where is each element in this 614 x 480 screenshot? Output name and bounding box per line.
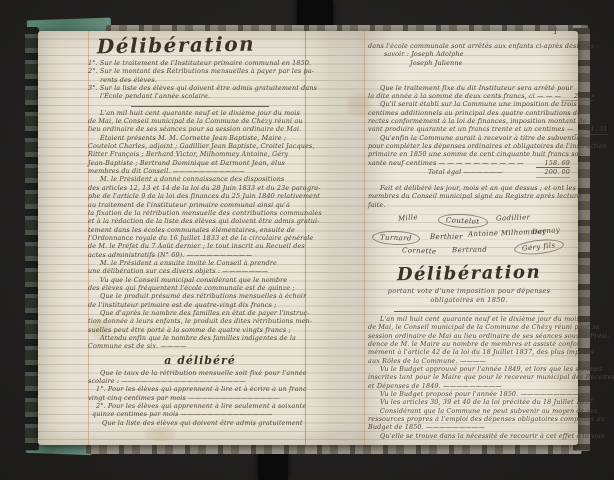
manuscript-line: Vu le Budget approuvé pour l'année 1849,… bbox=[368, 365, 570, 373]
manuscript-text: Commune est de six. ———— bbox=[88, 342, 312, 350]
foxing-stain bbox=[138, 427, 182, 441]
manuscript-line: actes administratifs (N° 69). —————————— bbox=[88, 251, 312, 259]
manuscript-line: M. le Président a ensuite invité le Cons… bbox=[88, 259, 312, 267]
manuscript-text: actes administratifs (N° 69). —————————— bbox=[88, 251, 312, 259]
manuscript-line: des élèves qui fréquentent l'école commu… bbox=[88, 284, 312, 292]
manuscript-line: Vu les articles 30, 39 et 40 de la loi p… bbox=[368, 398, 570, 406]
line-gap bbox=[368, 67, 570, 84]
manuscript-text: l'Ordonnance royale du 16 Juillet 1833 e… bbox=[88, 234, 313, 242]
manuscript-line: Qu'elle se trouve dans la nécessité de r… bbox=[368, 432, 570, 440]
bookmark-ribbon-bottom bbox=[258, 452, 288, 480]
manuscript-line: Considérant que la Commune ne peut subve… bbox=[368, 407, 570, 415]
deliberation-title-2: Délibération bbox=[368, 259, 570, 289]
manuscript-line: une délibération sur ces divers objets :… bbox=[88, 267, 312, 275]
deliberation-subtitle-line: obligatoires en 1850. bbox=[368, 296, 570, 305]
manuscript-line: Joseph Julienne bbox=[368, 59, 570, 67]
manuscript-line: Que le taux de la rétribution mensuelle … bbox=[88, 369, 312, 377]
manuscript-text: Attendu enfin que le nombre des familles… bbox=[88, 334, 312, 342]
manuscript-line: inscrites tant pour le Maire que pour le… bbox=[368, 373, 570, 381]
separator-rule bbox=[394, 309, 544, 312]
manuscript-text: tement dans les écoles communales élémen… bbox=[88, 226, 312, 234]
manuscript-line: mément à l'article 42 de la loi du 18 Ju… bbox=[368, 348, 570, 356]
manuscript-text: de M. le Préfet du 7 Août dernier ; le t… bbox=[88, 242, 312, 250]
manuscript-line: de Mai, le Conseil municipal de la Commu… bbox=[88, 117, 312, 125]
manuscript-line: 1°. Sur le traitement de l'Instituteur p… bbox=[88, 59, 312, 67]
manuscript-line: rents des élèves. bbox=[88, 76, 312, 84]
manuscript-text: l'École pendant l'année scolaire. bbox=[88, 92, 312, 100]
manuscript-text: savoir : Joseph Adolphe bbox=[368, 50, 570, 58]
manuscript-text: Que le traitement fixe du dit Instituteu… bbox=[368, 84, 573, 92]
signature: Coutelot bbox=[438, 213, 488, 230]
manuscript-text: suelles peut être porté à la somme de qu… bbox=[88, 326, 312, 334]
manuscript-text: Jean-Baptiste ; Bertrand Dominique et Da… bbox=[88, 159, 312, 167]
manuscript-text: Fait et délibéré les jour, mois et an qu… bbox=[368, 184, 576, 192]
amount-value: 200. 00 bbox=[536, 167, 570, 177]
manuscript-text: membres du Conseil municipal signé au Re… bbox=[368, 192, 581, 200]
signature: Mille bbox=[398, 213, 419, 223]
manuscript-line: M. le Président a donné connaissance des… bbox=[88, 175, 312, 183]
manuscript-line: faite. bbox=[368, 201, 570, 209]
manuscript-line: membres du dit Conseil. ——————————— bbox=[88, 167, 312, 175]
manuscript-line: Budget de 1850. ————————— bbox=[368, 423, 570, 431]
manuscript-text: M. le Président a ensuite invité le Cons… bbox=[88, 259, 312, 267]
manuscript-text: M. le Président a donné connaissance des… bbox=[88, 175, 312, 183]
manuscript-line: L'an mil huit cent quarante neuf et le d… bbox=[368, 315, 570, 323]
manuscript-line: Attendu enfin que le nombre des familles… bbox=[88, 334, 312, 342]
manuscript-text: Considérant que la Commune ne peut subve… bbox=[368, 407, 598, 415]
manuscript-text: ressources propres à l'emploi des dépens… bbox=[368, 415, 605, 423]
manuscript-text: aux Rôles de la Commune. ———— bbox=[368, 357, 570, 365]
manuscript-line: Que le produit présumé des rétributions … bbox=[88, 292, 312, 300]
manuscript-line: tion donnée à leurs enfants, le produit … bbox=[88, 317, 312, 325]
manuscript-line: vant produire quarante et un francs tren… bbox=[368, 125, 570, 133]
manuscript-text: et Dépenses de 1849. ————————— bbox=[368, 382, 570, 390]
manuscript-text: Vu que le Conseil municipal considérant … bbox=[88, 276, 312, 284]
manuscript-line: ressources propres à l'emploi des dépens… bbox=[368, 415, 570, 423]
manuscript-line: la dite année à la somme de deux cents f… bbox=[368, 92, 570, 100]
manuscript-text: Que d'après le nombre des familles en ét… bbox=[88, 309, 312, 317]
manuscript-line: scolaire : ——————————————————— bbox=[88, 377, 312, 385]
manuscript-text: xante neuf centimes — — — — — — — — — — bbox=[368, 159, 536, 167]
manuscript-line: suelles peut être porté à la somme de qu… bbox=[88, 326, 312, 334]
manuscript-line: Qu'enfin la Commune aurait à recevoir à … bbox=[368, 134, 570, 142]
manuscript-line: l'Ordonnance royale du 16 Juillet 1833 e… bbox=[88, 234, 312, 242]
manuscript-line: Jean-Baptiste ; Bertrand Dominique et Da… bbox=[88, 159, 312, 167]
manuscript-text: Vu le Budget approuvé pour l'année 1849,… bbox=[368, 365, 602, 373]
manuscript-line: quinze centimes par mois —————————————— bbox=[88, 410, 312, 418]
manuscript-line: centimes additionnels au principal des q… bbox=[368, 109, 570, 117]
manuscript-line: lieu ordinaire de ses séances pour sa se… bbox=[88, 125, 312, 133]
manuscript-text: Ritter François ; Berhard Victor, Milhom… bbox=[88, 150, 312, 158]
deliberation-title: Délibération bbox=[88, 31, 264, 58]
manuscript-text: rectes conformément à la loi de finances… bbox=[368, 117, 589, 125]
manuscript-text: Qu'il serait établi sur la Commune une i… bbox=[368, 100, 577, 108]
manuscript-text: de l'instituteur primaire est de quatre-… bbox=[88, 301, 312, 309]
manuscript-line: Que le traitement fixe du dit Instituteu… bbox=[368, 84, 570, 92]
manuscript-text: de Mai, le Conseil municipal de la Commu… bbox=[368, 323, 600, 331]
manuscript-text: Budget de 1850. ————————— bbox=[368, 423, 570, 431]
manuscript-line: des articles 12, 13 et 14 de la loi du 2… bbox=[88, 184, 312, 192]
manuscript-text: L'an mil huit cent quarante neuf et le d… bbox=[368, 315, 580, 323]
a-delibere-subheading: a délibéré bbox=[88, 354, 312, 367]
manuscript-line: vingt cinq centimes par mois ———————————… bbox=[88, 394, 312, 402]
manuscript-text: la fixation de la rétribution mensuelle … bbox=[88, 209, 322, 217]
manuscript-line: membres du Conseil municipal signé au Re… bbox=[368, 192, 570, 200]
total-line: Total égal ——————200. 00 bbox=[368, 167, 570, 175]
manuscript-text: Que le produit présumé des rétributions … bbox=[88, 292, 312, 300]
signature: Bertrand bbox=[452, 246, 487, 255]
manuscript-text: Qu'elle se trouve dans la nécessité de r… bbox=[368, 432, 605, 440]
manuscript-line: dence de M. le Maire au nombre de membre… bbox=[368, 340, 570, 348]
manuscript-line: Qu'il serait établi sur la Commune une i… bbox=[368, 100, 570, 108]
agenda-list: 1°. Sur le traitement de l'Instituteur p… bbox=[88, 59, 312, 101]
manuscript-line: et à la rédaction de la liste des élèves… bbox=[88, 217, 312, 225]
book-left-edge bbox=[25, 27, 39, 451]
manuscript-line: rectes conformément à la loi de finances… bbox=[368, 117, 570, 125]
signatures-block: MilleCoutelotGadillierDarnayTurnardBerth… bbox=[368, 212, 570, 261]
manuscript-text: vingt cinq centimes par mois ———————————… bbox=[88, 394, 312, 402]
signature: Turnard bbox=[372, 230, 420, 246]
manuscript-text: Joseph Julienne bbox=[368, 59, 570, 67]
resolutions-list: Que le taux de la rétribution mensuelle … bbox=[88, 369, 312, 427]
manuscript-text: Qu'enfin la Commune aurait à recevoir à … bbox=[368, 134, 585, 142]
manuscript-text: des articles 12, 13 et 14 de la loi du 2… bbox=[88, 184, 321, 192]
manuscript-line: Ritter François ; Berhard Victor, Milhom… bbox=[88, 150, 312, 158]
manuscript-text: scolaire : ——————————————————— bbox=[88, 377, 312, 385]
manuscript-line: au traitement de l'instituteur primaire … bbox=[88, 201, 312, 209]
manuscript-line: L'an mil huit cent quarante neuf et le d… bbox=[88, 109, 312, 117]
manuscript-text: vant produire quarante et un francs tren… bbox=[368, 125, 574, 133]
manuscript-line: Que d'après le nombre des familles en ét… bbox=[88, 309, 312, 317]
manuscript-text: faite. bbox=[368, 201, 570, 209]
manuscript-line: dans l'école communale sont arrêtés aux … bbox=[368, 42, 570, 50]
manuscript-text: et à la rédaction de la liste des élèves… bbox=[88, 217, 319, 225]
open-pages: Délibération 1°. Sur le traitement de l'… bbox=[38, 31, 578, 445]
manuscript-text: la dite année à la somme de deux cents f… bbox=[368, 92, 561, 100]
manuscript-line: session ordinaire de Mai au lieu ordinai… bbox=[368, 332, 570, 340]
manuscript-text: une délibération sur ces divers objets :… bbox=[88, 267, 312, 275]
manuscript-line: de Mai, le Conseil municipal de la Commu… bbox=[368, 323, 570, 331]
signature: Géry fils bbox=[513, 237, 564, 256]
manuscript-line: Coutelot Charles, adjoint ; Gadillier Je… bbox=[88, 142, 312, 150]
separator-rule bbox=[131, 104, 269, 107]
manuscript-text: inscrites tant pour le Maire que pour le… bbox=[368, 373, 614, 381]
manuscript-text: mément à l'article 42 de la loi du 18 Ju… bbox=[368, 348, 594, 356]
manuscript-line: Étaient présents M. M. Cornette Jean Bap… bbox=[88, 134, 312, 142]
manuscript-text: session ordinaire de Mai au lieu ordinai… bbox=[368, 332, 610, 340]
manuscript-text: centimes additionnels au principal des q… bbox=[368, 109, 582, 117]
signature: Antoine Milhommey bbox=[468, 228, 546, 239]
manuscript-line: pour compléter les dépenses ordinaires e… bbox=[368, 142, 570, 150]
right-page: dans l'école communale sont arrêtés aux … bbox=[368, 31, 570, 440]
manuscript-line: primaire en 1850 une somme de cent cinqu… bbox=[368, 150, 570, 158]
left-page: Délibération 1°. Sur le traitement de l'… bbox=[88, 33, 312, 427]
signature: Gadillier bbox=[496, 213, 531, 222]
signature: Cornette bbox=[402, 246, 437, 255]
manuscript-line: de M. le Préfet du 7 Août dernier ; le t… bbox=[88, 242, 312, 250]
manuscript-line: Que la liste des élèves qui doivent être… bbox=[88, 419, 312, 427]
manuscript-line: Commune est de six. ———— bbox=[88, 342, 312, 350]
manuscript-line: 1°. Pour les élèves qui apprennent à lir… bbox=[88, 385, 312, 393]
manuscript-text: Total égal —————— bbox=[368, 168, 536, 176]
manuscript-line: Vu le Budget proposé pour l'année 1850. … bbox=[368, 390, 570, 398]
manuscript-text: au traitement de l'instituteur primaire … bbox=[88, 201, 312, 209]
manuscript-text: des élèves qui fréquentent l'école commu… bbox=[88, 284, 312, 292]
manuscript-text: primaire en 1850 une somme de cent cinqu… bbox=[368, 150, 583, 158]
manuscript-text: Vu les articles 30, 39 et 40 de la loi p… bbox=[368, 398, 595, 406]
manuscript-text: Vu le Budget proposé pour l'année 1850. … bbox=[368, 390, 579, 398]
manuscript-text: de Mai, le Conseil municipal de la Commu… bbox=[88, 117, 312, 125]
manuscript-text: Que la liste des élèves qui doivent être… bbox=[88, 419, 312, 427]
manuscript-text: pour compléter les dépenses ordinaires e… bbox=[368, 142, 607, 150]
scanned-register-photo: Délibération 1°. Sur le traitement de l'… bbox=[0, 0, 614, 480]
manuscript-text: 1°. Sur le traitement de l'Instituteur p… bbox=[88, 59, 312, 67]
manuscript-line: aux Rôles de la Commune. ———— bbox=[368, 357, 570, 365]
manuscript-line: 2°. Sur le montant des Rétributions mens… bbox=[88, 67, 312, 75]
manuscript-line: 2°. Pour les élèves qui apprennent à lir… bbox=[88, 402, 312, 410]
manuscript-text: L'an mil huit cent quarante neuf et le d… bbox=[88, 109, 312, 117]
manuscript-line: savoir : Joseph Adolphe bbox=[368, 50, 570, 58]
manuscript-text: 2°. Pour les élèves qui apprennent à lir… bbox=[88, 402, 312, 410]
deliberation-body: L'an mil huit cent quarante neuf et le d… bbox=[88, 109, 312, 351]
manuscript-text: quinze centimes par mois —————————————— bbox=[88, 410, 312, 418]
manuscript-text: Étaient présents M. M. Cornette Jean Bap… bbox=[88, 134, 312, 142]
right-page-entries: dans l'école communale sont arrêtés aux … bbox=[368, 42, 570, 209]
manuscript-text: dence de M. le Maire au nombre de membre… bbox=[368, 340, 582, 348]
manuscript-line: et Dépenses de 1849. ————————— bbox=[368, 382, 570, 390]
manuscript-line: phe de l'article 9 de la loi des finance… bbox=[88, 192, 312, 200]
manuscript-line: la fixation de la rétribution mensuelle … bbox=[88, 209, 312, 217]
manuscript-line: Vu que le Conseil municipal considérant … bbox=[88, 276, 312, 284]
manuscript-text: 1°. Pour les élèves qui apprennent à lir… bbox=[88, 385, 312, 393]
manuscript-text: dans l'école communale sont arrêtés aux … bbox=[368, 42, 599, 50]
manuscript-text: rents des élèves. bbox=[88, 76, 312, 84]
manuscript-text: lieu ordinaire de ses séances pour sa se… bbox=[88, 125, 312, 133]
manuscript-line: Fait et délibéré les jour, mois et an qu… bbox=[368, 184, 570, 192]
manuscript-line: de l'instituteur primaire est de quatre-… bbox=[88, 301, 312, 309]
page-number: 1 bbox=[553, 27, 558, 36]
manuscript-text: Coutelot Charles, adjoint ; Gadillier Je… bbox=[88, 142, 315, 150]
manuscript-text: membres du dit Conseil. ——————————— bbox=[88, 167, 312, 175]
manuscript-line: l'École pendant l'année scolaire. bbox=[88, 92, 312, 100]
manuscript-text: Que le taux de la rétribution mensuelle … bbox=[88, 369, 312, 377]
signature: Berthier bbox=[430, 233, 463, 241]
manuscript-text: phe de l'article 9 de la loi des finance… bbox=[88, 192, 320, 200]
manuscript-text: 2°. Sur le montant des Rétributions mens… bbox=[88, 67, 314, 75]
manuscript-line: tement dans les écoles communales élémen… bbox=[88, 226, 312, 234]
manuscript-line: xante neuf centimes — — — — — — — — — —1… bbox=[368, 159, 570, 167]
right-page-body: L'an mil huit cent quarante neuf et le d… bbox=[368, 315, 570, 440]
manuscript-text: tion donnée à leurs enfants, le produit … bbox=[88, 317, 312, 325]
